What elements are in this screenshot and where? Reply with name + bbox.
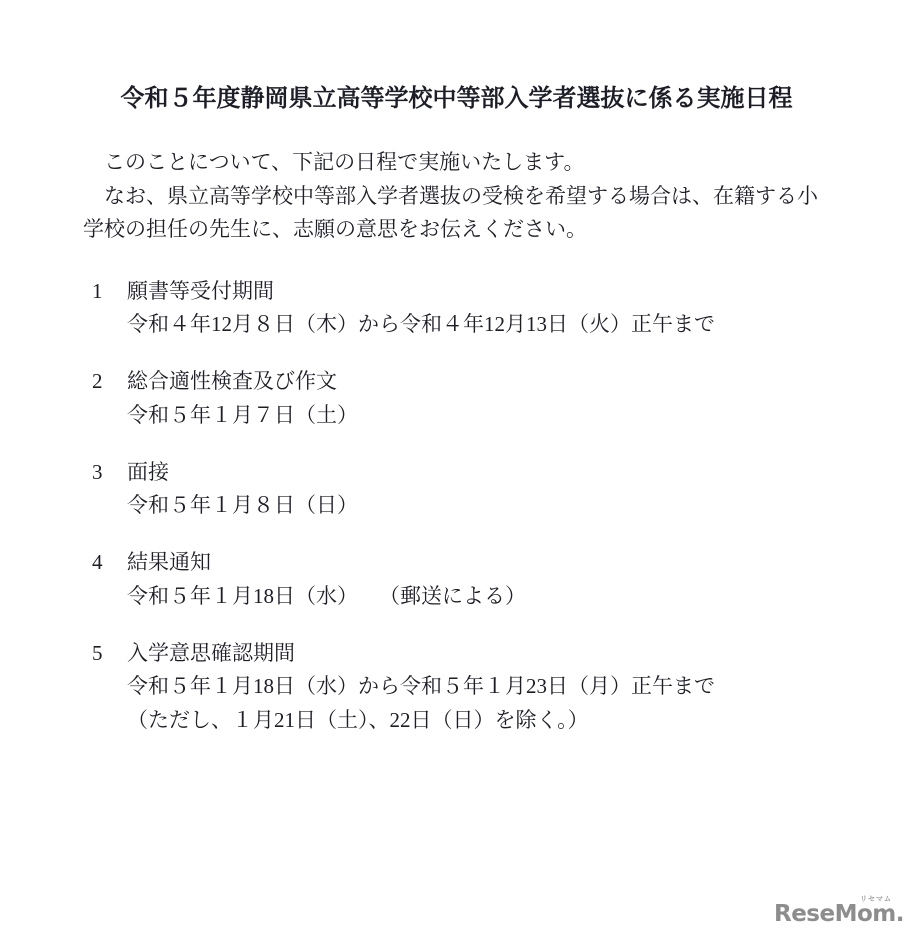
schedule-item-2: 2 総合適性検査及び作文 令和５年１月７日（土） <box>92 365 913 432</box>
schedule-item-3: 3 面接 令和５年１月８日（日） <box>92 456 913 523</box>
item-number: 5 <box>92 637 127 671</box>
resemom-logo-ruby: リセマム <box>860 896 892 903</box>
item-date: 令和４年12月８日（木）から令和４年12月13日（火）正午まで <box>127 308 913 342</box>
item-date: 令和５年１月８日（日） <box>127 489 913 523</box>
intro-paragraph: このことについて、下記の日程で実施いたします。 なお、県立高等学校中等部入学者選… <box>83 146 913 247</box>
item-note: （ただし、１月21日（土）、22日（日）を除く。） <box>127 704 913 738</box>
schedule-item-4-head: 4 結果通知 <box>92 546 913 580</box>
intro-line-2: なお、県立高等学校中等部入学者選抜の受検を希望する場合は、在籍する小 <box>83 180 913 214</box>
resemom-logo-text: ReseMom. <box>774 901 904 927</box>
schedule-item-1: 1 願書等受付期間 令和４年12月８日（木）から令和４年12月13日（火）正午ま… <box>92 275 913 342</box>
item-date: 令和５年１月18日（水）から令和５年１月23日（月）正午まで <box>127 670 913 704</box>
schedule-item-4: 4 結果通知 令和５年１月18日（水） （郵送による） <box>92 546 913 613</box>
schedule-item-1-head: 1 願書等受付期間 <box>92 275 913 309</box>
schedule-item-2-head: 2 総合適性検査及び作文 <box>92 365 913 399</box>
schedule-item-5-head: 5 入学意思確認期間 <box>92 637 913 671</box>
document-page: 令和５年度静岡県立高等学校中等部入学者選抜に係る実施日程 このことについて、下記… <box>0 0 913 937</box>
document-title: 令和５年度静岡県立高等学校中等部入学者選抜に係る実施日程 <box>0 0 913 115</box>
item-title: 面接 <box>127 456 169 490</box>
resemom-logo: リセマム ReseMom. <box>774 903 904 926</box>
item-date: 令和５年１月７日（土） <box>127 399 913 433</box>
schedule-item-5: 5 入学意思確認期間 令和５年１月18日（水）から令和５年１月23日（月）正午ま… <box>92 637 913 738</box>
item-number: 1 <box>92 275 127 309</box>
item-number: 4 <box>92 546 127 580</box>
intro-line-3: 学校の担任の先生に、志願の意思をお伝えください。 <box>83 213 913 247</box>
item-number: 3 <box>92 456 127 490</box>
item-title: 願書等受付期間 <box>127 275 274 309</box>
item-title: 総合適性検査及び作文 <box>127 365 337 399</box>
schedule-list: 1 願書等受付期間 令和４年12月８日（木）から令和４年12月13日（火）正午ま… <box>92 275 913 738</box>
item-date: 令和５年１月18日（水） （郵送による） <box>127 580 913 614</box>
intro-line-1: このことについて、下記の日程で実施いたします。 <box>83 146 913 180</box>
item-number: 2 <box>92 365 127 399</box>
item-title: 入学意思確認期間 <box>127 637 295 671</box>
item-title: 結果通知 <box>127 546 211 580</box>
schedule-item-3-head: 3 面接 <box>92 456 913 490</box>
